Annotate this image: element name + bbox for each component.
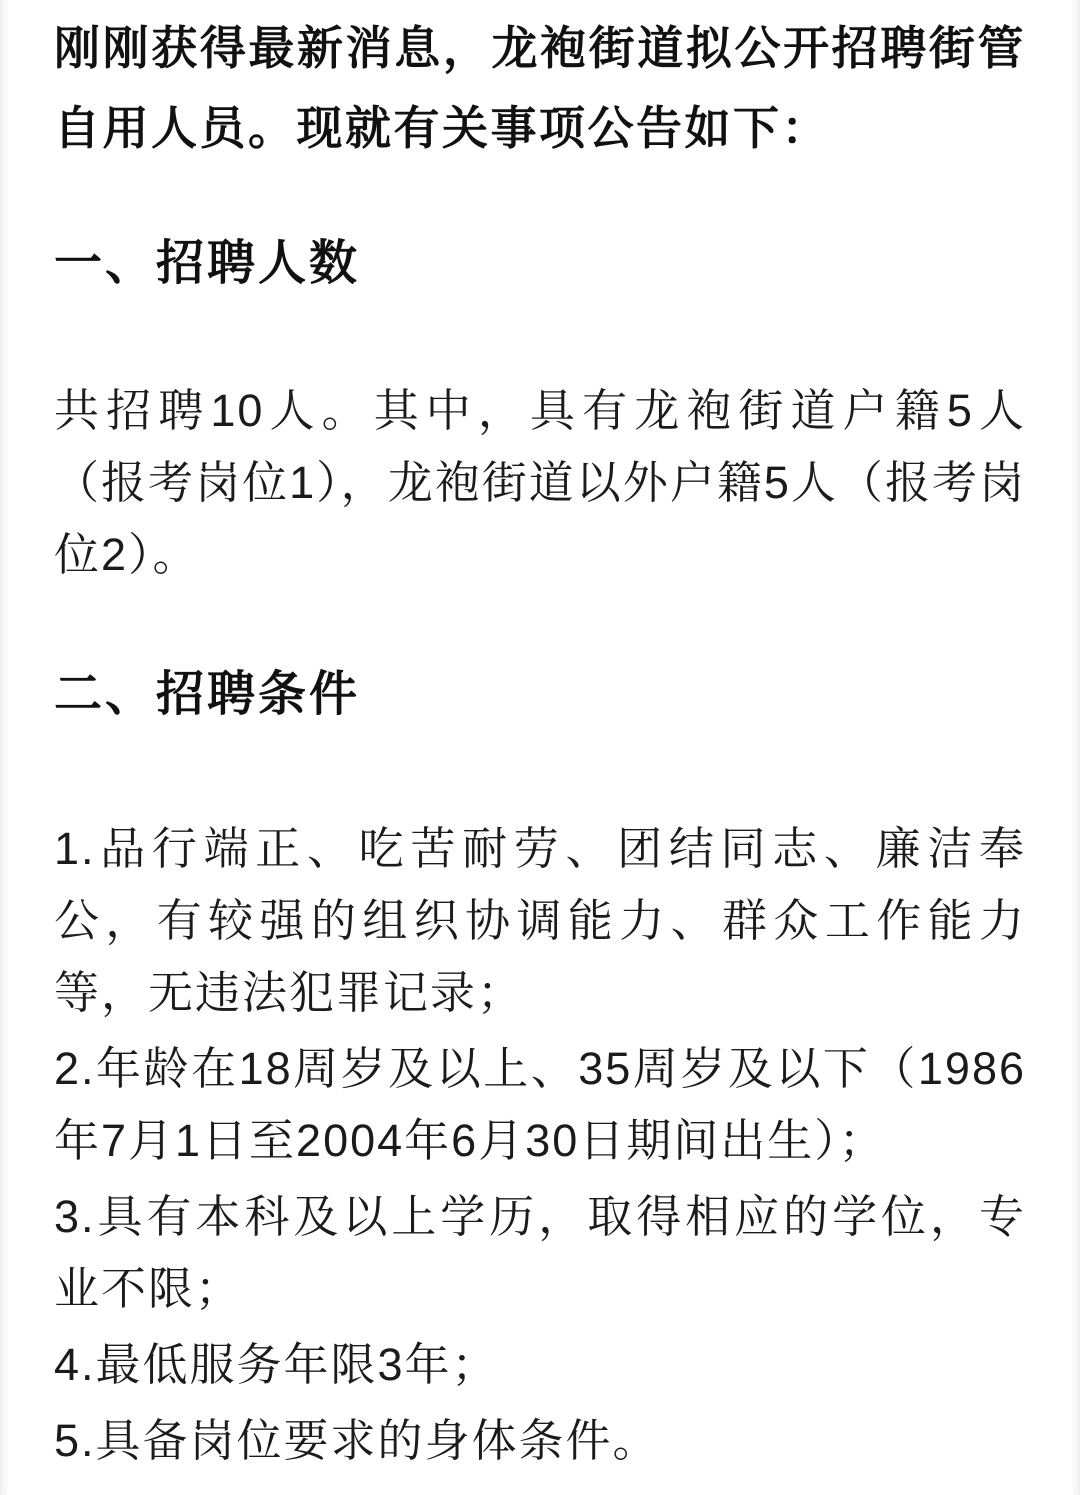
condition-item-2: 2.年龄在18周岁及以上、35周岁及以下（1986年7月1日至2004年6月30…	[54, 1033, 1026, 1177]
condition-item-5: 5.具备岗位要求的身体条件。	[54, 1405, 1026, 1477]
section-heading-recruit-count: 一、招聘人数	[54, 232, 1026, 296]
section-heading-recruit-conditions: 二、招聘条件	[54, 663, 1026, 727]
condition-item-1: 1.品行端正、吃苦耐劳、团结同志、廉洁奉公，有较强的组织协调能力、群众工作能力等…	[54, 813, 1026, 1029]
recruit-count-paragraph: 共招聘10人。其中，具有龙袍街道户籍5人（报考岗位1），龙袍街道以外户籍5人（报…	[54, 375, 1026, 591]
intro-paragraph: 刚刚获得最新消息，龙袍街道拟公开招聘街管自用人员。现就有关事项公告如下：	[54, 8, 1026, 168]
condition-item-4: 4.最低服务年限3年；	[54, 1329, 1026, 1401]
announcement-page: { "page": { "background_color": "#ffffff…	[0, 0, 1080, 1495]
article-body: 刚刚获得最新消息，龙袍街道拟公开招聘街管自用人员。现就有关事项公告如下： 一、招…	[54, 8, 1026, 1477]
condition-item-3: 3.具有本科及以上学历，取得相应的学位，专业不限；	[54, 1181, 1026, 1325]
